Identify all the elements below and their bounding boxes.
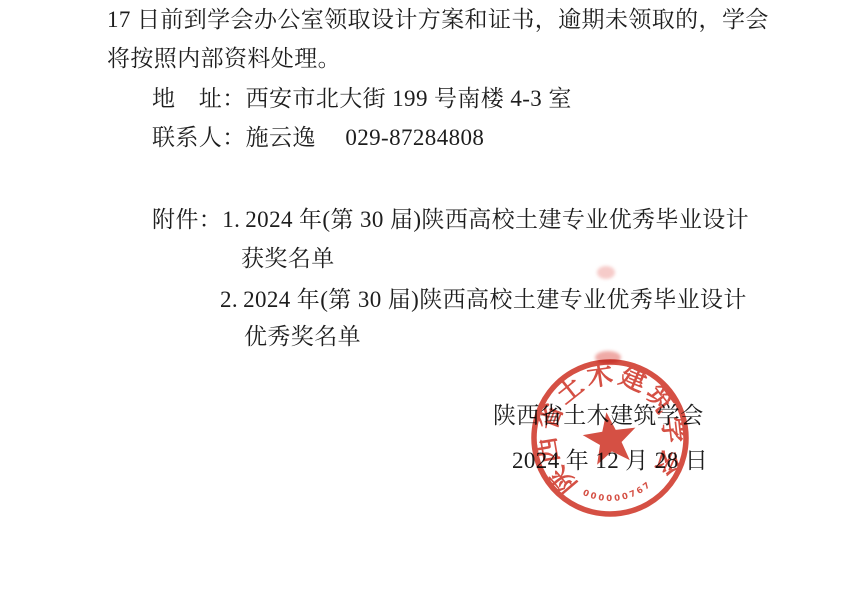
address-line: 地 址：西安市北大街 199 号南楼 4-3 室 — [152, 85, 572, 113]
attachment-1-continuation: 获奖名单 — [241, 245, 335, 273]
attachment-1-title: 2024 年(第 30 届)陕西高校土建专业优秀毕业设计 — [245, 207, 749, 232]
attachments-label: 附件： — [152, 207, 222, 232]
attachments-line-1: 附件：1.2024 年(第 30 届)陕西高校土建专业优秀毕业设计 — [152, 206, 749, 234]
body-line-2: 将按照内部资料处理。 — [107, 45, 341, 73]
attachments-line-2: 2.2024 年(第 30 届)陕西高校土建专业优秀毕业设计 — [220, 286, 747, 314]
document-page: 17 日前到学会办公室领取设计方案和证书，逾期未领取的，学会 将按照内部资料处理… — [0, 0, 847, 599]
official-seal: 陕西省土木建筑学会 6100000076741 — [517, 345, 702, 530]
body-line-1: 17 日前到学会办公室领取设计方案和证书，逾期未领取的，学会 — [107, 6, 769, 34]
contact-line: 联系人：施云逸 029-87284808 — [152, 124, 484, 152]
attachment-1-number: 1. — [222, 207, 240, 232]
seal-star-icon — [580, 409, 640, 467]
stamp-ink-smudge — [597, 266, 615, 279]
attachment-2-title: 2024 年(第 30 届)陕西高校土建专业优秀毕业设计 — [243, 287, 747, 312]
seal-graphic: 陕西省土木建筑学会 6100000076741 — [517, 345, 702, 530]
attachment-2-number: 2. — [220, 287, 238, 312]
attachment-2-continuation: 优秀奖名单 — [244, 323, 361, 351]
